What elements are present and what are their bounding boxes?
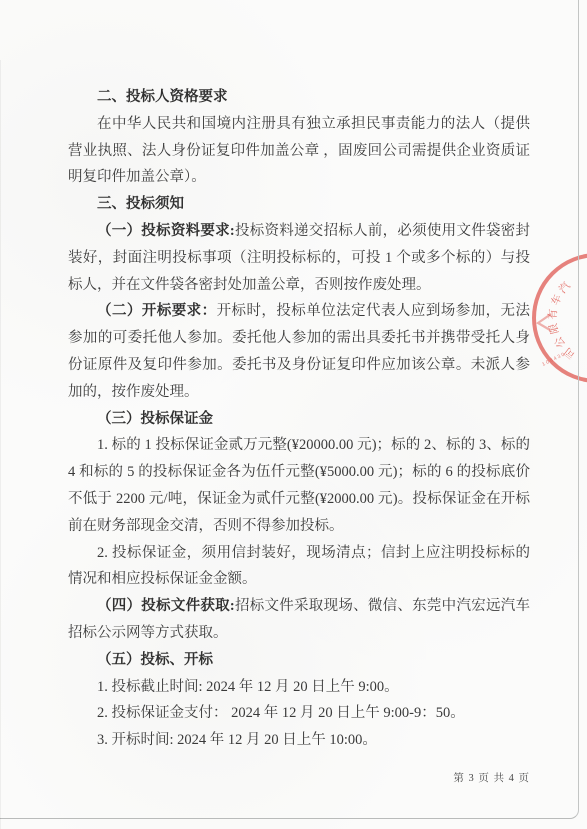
paragraph-text: 1. 标的 1 投标保证金贰万元整(¥20000.00 元)；标的 2、标的 3… <box>68 437 530 533</box>
list-item-text: 1. 投标截止时间: 2024 年 12 月 20 日上午 9:00。 <box>97 679 399 695</box>
paragraph: （一）投标资料要求:投标资料递交招标人前，必须使用文件袋密封装好，封面注明投标事… <box>68 218 530 298</box>
paragraph: （二）开标要求：开标时，投标单位法定代表人应到场参加，无法参加的可委托他人参加。… <box>68 298 530 405</box>
page-number: 第 3 页 共 4 页 <box>68 770 530 785</box>
paragraph: （四）投标文件获取:招标文件采取现场、微信、东莞中汽宏远汽车招标公示网等方式获取… <box>68 593 530 647</box>
seal-char: 汽 <box>557 280 573 296</box>
section-heading: （五）投标、开标 <box>68 647 530 674</box>
paragraph: 在中华人民共和国境内注册具有独立承担民事责能力的法人（提供营业执照、法人身份证复… <box>68 111 530 191</box>
list-item-text: 2. 投标保证金支付： 2024 年 12 月 20 日上午 9:00-9：50… <box>97 705 465 721</box>
section-heading: （三）投标保证金 <box>68 406 530 433</box>
seal-ring <box>534 255 587 381</box>
paragraph-lead: （二）开标要求： <box>97 303 217 319</box>
section-heading: 二、投标人资格要求 <box>68 84 530 111</box>
seal-serial-number: 108430 <box>541 351 567 368</box>
paper-edge-line-left <box>0 60 1 829</box>
paragraph-lead: （四）投标文件获取: <box>97 598 235 614</box>
list-item: 1. 投标截止时间: 2024 年 12 月 20 日上午 9:00。 <box>68 674 530 701</box>
paragraph-text: 在中华人民共和国境内注册具有独立承担民事责能力的法人（提供营业执照、法人身份证复… <box>68 116 530 186</box>
seal-char: 有 <box>546 308 560 320</box>
seal-char: 公 <box>552 334 568 350</box>
company-round-seal-icon: 汽 车 有 限 公 司 108430 <box>529 248 587 403</box>
list-item: 2. 投标保证金支付： 2024 年 12 月 20 日上午 9:00-9：50… <box>68 700 530 727</box>
heading-text: （五）投标、开标 <box>97 652 213 668</box>
heading-text: （三）投标保证金 <box>97 411 213 427</box>
paragraph: 2. 投标保证金，须用信封装好，现场清点；信封上应注明投标标的情况和相应投标保证… <box>68 540 530 594</box>
paragraph-lead: （一）投标资料要求: <box>97 223 235 239</box>
section-heading: 三、投标须知 <box>68 191 530 218</box>
document-body: 二、投标人资格要求 在中华人民共和国境内注册具有独立承担民事责能力的法人（提供营… <box>68 84 530 754</box>
seal-char: 限 <box>547 322 561 336</box>
heading-text: 二、投标人资格要求 <box>97 89 228 105</box>
scanned-document-page: { "document": { "paragraphs": [ {"style"… <box>0 0 587 829</box>
seal-star-tip <box>538 314 551 330</box>
list-item: 3. 开标时间: 2024 年 12 月 20 日上午 10:00。 <box>68 727 530 754</box>
seal-char: 车 <box>549 292 564 307</box>
paragraph-text: 2. 投标保证金，须用信封装好，现场清点；信封上应注明投标标的情况和相应投标保证… <box>68 545 530 588</box>
seal-char: 司 <box>562 345 578 361</box>
list-item-text: 3. 开标时间: 2024 年 12 月 20 日上午 10:00。 <box>97 732 377 748</box>
heading-text: 三、投标须知 <box>97 196 184 212</box>
paragraph: 1. 标的 1 投标保证金贰万元整(¥20000.00 元)；标的 2、标的 3… <box>68 432 530 539</box>
